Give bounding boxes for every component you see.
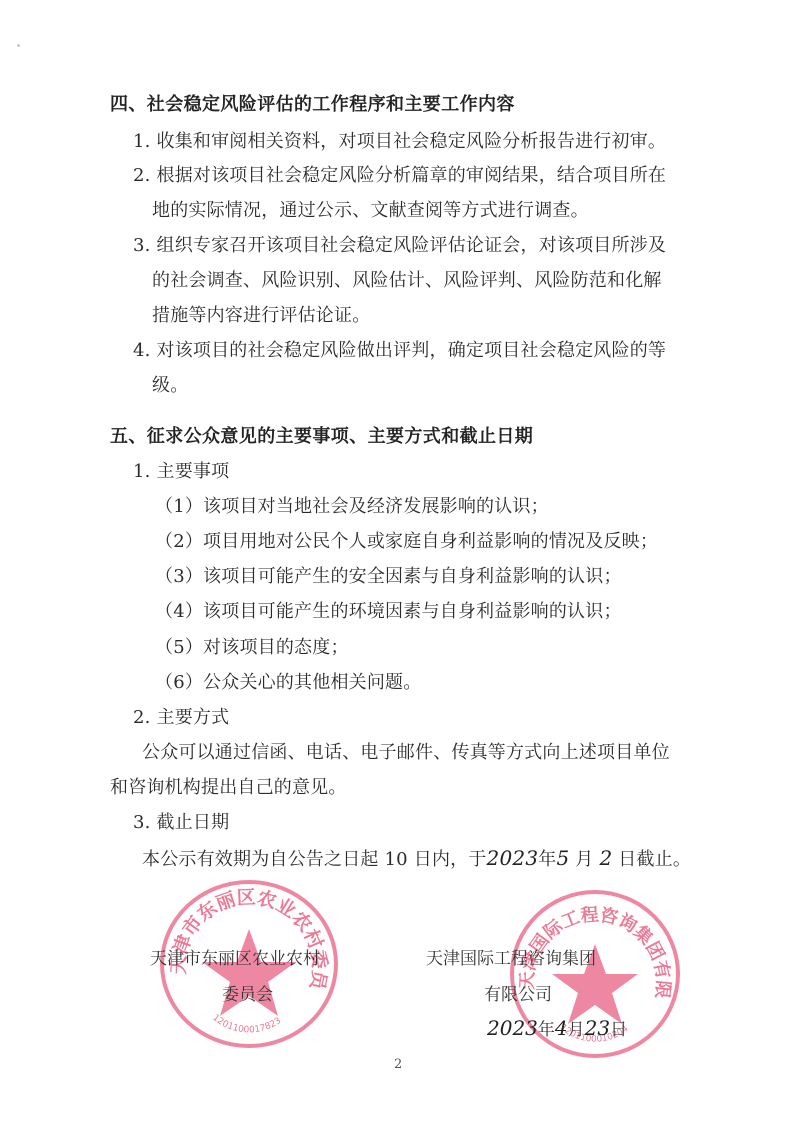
deadline-text: 本公示有效期为自公告之日起 10 日内，于2023年5 月 2 日截止。 (142, 846, 691, 872)
section-5-sub-2-title: 2. 主要方式 (133, 706, 229, 730)
matter-item-4: （4）该项目可能产生的环境因素与自身利益影响的认识； (155, 600, 622, 624)
handwritten-month: 5 (556, 846, 569, 870)
section-4-item-3-line-1: 3. 组织专家召开该项目社会稳定风险评估论证会，对该项目所涉及 (133, 234, 666, 258)
section-4-item-4-line-2: 级。 (152, 374, 188, 398)
signing-date: 2023年4月23日 (487, 1016, 627, 1042)
svg-text:1201100017823: 1201100017823 (210, 1013, 283, 1035)
section-4-heading: 四、社会稳定风险评估的工作程序和主要工作内容 (110, 93, 515, 117)
document-page: 四、社会稳定风险评估的工作程序和主要工作内容 1. 收集和审阅相关资料，对项目社… (0, 0, 800, 1130)
section-5-sub-1-title: 1. 主要事项 (133, 460, 229, 484)
methods-text-line-1: 公众可以通过信函、电话、电子邮件、传真等方式向上述项目单位 (142, 741, 670, 765)
left-signatory-line-1: 天津市东丽区农业农村 (150, 947, 320, 971)
handwritten-day: 2 (599, 846, 612, 870)
sign-date-year: 2023 (487, 1016, 538, 1040)
methods-text-line-2: 和咨询机构提出自己的意见。 (110, 776, 347, 800)
page-number: 2 (394, 1057, 402, 1072)
left-signatory-line-2: 委员会 (222, 983, 273, 1007)
year-char: 年 (538, 849, 556, 870)
matter-item-5: （5）对该项目的态度； (155, 636, 349, 660)
handwritten-year: 2023 (487, 846, 539, 870)
matter-item-6: （6）公众关心的其他相关问题。 (155, 671, 421, 695)
deadline-suffix: 日截止。 (612, 849, 691, 870)
sign-date-day-char: 日 (610, 1020, 627, 1040)
sign-date-day: 23 (585, 1016, 610, 1040)
matter-item-1: （1）该项目对当地社会及经济发展影响的认识； (155, 495, 549, 519)
section-4-item-2-line-2: 地的实际情况，通过公示、文献查阅等方式进行调查。 (152, 199, 589, 223)
section-4-item-3-line-2: 的社会调查、风险识别、风险估计、风险评判、风险防范和化解 (152, 269, 662, 293)
scan-speck (17, 44, 20, 47)
matter-item-3: （3）该项目可能产生的安全因素与自身利益影响的认识； (155, 565, 622, 589)
sign-date-year-char: 年 (538, 1020, 555, 1040)
section-4-item-1: 1. 收集和审阅相关资料，对项目社会稳定风险分析报告进行初审。 (133, 130, 666, 154)
section-5-heading: 五、征求公众意见的主要事项、主要方式和截止日期 (110, 425, 533, 449)
section-4-item-3-line-3: 措施等内容进行评估论证。 (152, 304, 370, 328)
section-5-sub-3-title: 3. 截止日期 (133, 811, 229, 835)
matter-item-2: （2）项目用地对公民个人或家庭自身利益影响的情况及反映； (155, 530, 658, 554)
section-4-item-4-line-1: 4. 对该项目的社会稳定风险做出评判，确定项目社会稳定风险的等 (133, 339, 666, 363)
right-signatory-line-2: 有限公司 (484, 983, 552, 1007)
sign-date-month-char: 月 (568, 1020, 585, 1040)
section-4-item-2-line-1: 2. 根据对该项目社会稳定风险分析篇章的审阅结果，结合项目所在 (133, 164, 666, 188)
sign-date-month: 4 (555, 1016, 568, 1040)
month-char: 月 (569, 849, 599, 870)
right-signatory-line-1: 天津国际工程咨询集团 (426, 947, 596, 971)
deadline-prefix: 本公示有效期为自公告之日起 10 日内，于 (142, 849, 487, 870)
